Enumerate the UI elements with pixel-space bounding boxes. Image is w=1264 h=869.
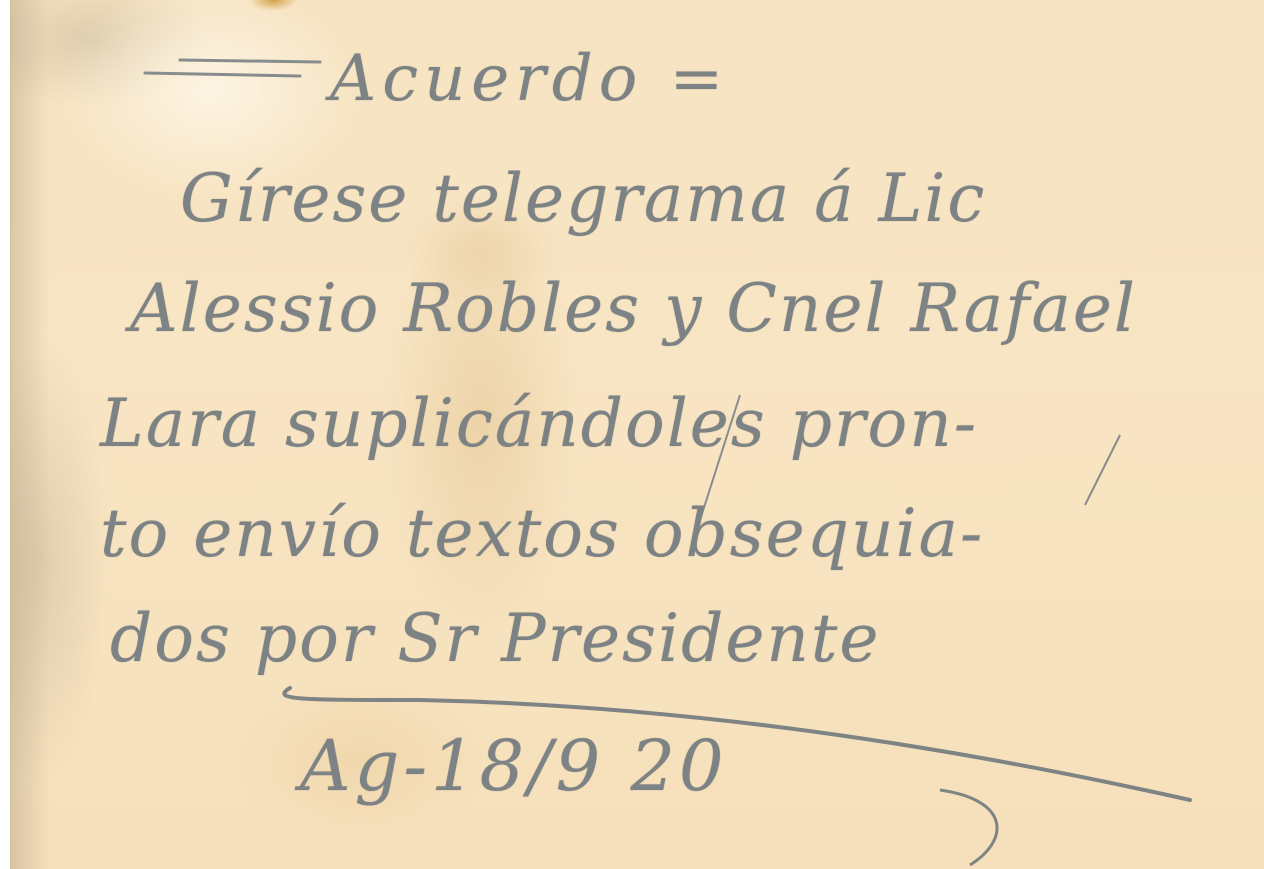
note-line-5: dos por Sr Presidente — [110, 600, 880, 677]
note-date: Ag-18/9 20 — [300, 725, 728, 807]
note-line-1: Gírese telegrama á Lic — [180, 160, 986, 237]
note-line-2: Alessio Robles y Cnel Rafael — [130, 270, 1137, 347]
handwritten-note: Acuerdo = Gírese telegrama á Lic Alessio… — [0, 0, 1264, 869]
note-heading: Acuerdo = — [330, 42, 729, 116]
note-line-3: Lara suplicándoles pron- — [100, 385, 978, 462]
note-line-4: to envío textos obsequia- — [100, 495, 984, 572]
